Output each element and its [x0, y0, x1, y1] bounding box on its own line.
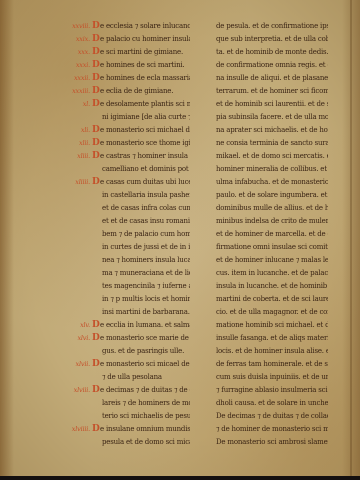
manuscript-line: de confirmatione omnia regis. et de for	[216, 59, 328, 72]
manuscript-line: xli.De monasterio sci michael de gimiane	[60, 124, 190, 137]
manuscript-line: que sub interpretia. et de ulla cober	[216, 33, 328, 46]
rubric-initial: D	[92, 124, 100, 137]
manuscript-line: hominer mineralia de collibus. et de	[216, 163, 328, 176]
line-text: locis. et de hominer insula alise. et	[216, 345, 328, 358]
manuscript-line: xxviii.De ecclesia ⁊ solare inlucanorate…	[60, 20, 190, 33]
line-text: in curtes de jussi et de in insu	[102, 241, 190, 254]
line-text: e homines de sci martini.	[100, 59, 184, 72]
line-text: mikael. et de domo sci mercatis. et de	[216, 150, 328, 163]
manuscript-line: camelliano et dominis pot insula	[60, 163, 190, 176]
manuscript-line: cio. et de ulla magagnor. et de confir	[216, 306, 328, 319]
rubric-numeral: xxviii.	[60, 20, 90, 33]
rubric-numeral: xxxi.	[60, 59, 90, 72]
line-text: e casas cum duitas ubi lucent	[100, 176, 190, 189]
rubric-numeral: xlv.	[60, 319, 90, 332]
manuscript-line: xlii.De monasterio sce thome igimiane	[60, 137, 190, 150]
line-text: nea ⁊ hominers insula lucane	[102, 254, 190, 267]
manuscript-line: lxi.De decimas ⁊ de duitas ⁊ de collacos	[216, 410, 328, 423]
manuscript-line: xxxiii.De eclia de de gimiane.	[60, 85, 190, 98]
line-text: tes magencinila ⁊ iuferne allie	[102, 280, 190, 293]
manuscript-line: de pesula. et de confirmatione ipsorum	[216, 20, 328, 33]
manuscript-line: lareis ⁊ de hominers de mont	[60, 397, 190, 410]
manuscript-line: ne consia terminia de sancto sura sci	[216, 137, 328, 150]
line-text: et de hominer de marcella. et de ecl	[216, 228, 328, 241]
manuscript-line: xliiii.De casas cum duitas ubi lucent	[60, 176, 190, 189]
line-text: de ferras tam hominerale. et de solare	[216, 358, 328, 371]
manuscript-line: cus. item in lucanche. et de palaceo ⁊	[216, 267, 328, 280]
manuscript-line: ulma infabucha. et de monasterio s	[216, 176, 328, 189]
line-text: cus. item in lucanche. et de palaceo ⁊	[216, 267, 328, 280]
manuscript-line: et et de casas insu romani iam	[60, 215, 190, 228]
line-text: de pesula. et de confirmatione ipsorum	[216, 20, 328, 33]
line-text: que sub interpretia. et de ulla cober	[216, 33, 328, 46]
line-text: e desolamente plantis sci marti	[100, 98, 190, 111]
line-text: camelliano et dominis pot insula	[102, 163, 190, 176]
manuscript-line: tes magencinila ⁊ iuferne allie	[60, 280, 190, 293]
manuscript-line: xxxii.De homines de ecla massaria igi	[60, 72, 190, 85]
line-text: e palacio cu hominer insula alvarat	[100, 33, 190, 46]
line-text: terrarum. et de hominer sci ficommi.	[216, 85, 328, 98]
manuscript-line: matione hominib sci michael. et de ecla	[216, 319, 328, 332]
manuscript-line: de ferras tam hominerale. et de solare	[216, 358, 328, 371]
manuscript-line: xlviiii.De insulane omnium mundis de	[60, 423, 190, 436]
line-text: pia subinsila facere. et de ulla mosp	[216, 111, 328, 124]
manuscript-line: pesula et de domo sci micadis	[60, 436, 190, 449]
line-text: de confirmatione omnia regis. et de for	[216, 59, 328, 72]
manuscript-line: nea ⁊ hominers insula lucane	[60, 254, 190, 267]
rubric-numeral: xlvi.	[60, 332, 90, 345]
line-text: cio. et de ulla magagnor. et de confir	[216, 306, 328, 319]
manuscript-line: insi martini de barbarana. Et de	[60, 306, 190, 319]
left-column: xxviii.De ecclesia ⁊ solare inlucanorate…	[60, 20, 190, 449]
manuscript-line: xlv.De ecclia in lumana. et salmas.	[60, 319, 190, 332]
line-text: dholi causa. et de solare in unchera.	[216, 397, 328, 410]
line-text: e ecclia in lumana. et salmas.	[100, 319, 190, 332]
rubric-numeral: xliii.	[60, 150, 90, 163]
manuscript-line: in ⁊ p multis locis et hominer	[60, 293, 190, 306]
manuscript-line: insulle fasanga. et de aliqs materia	[216, 332, 328, 345]
manuscript-page: xxviii.De ecclesia ⁊ solare inlucanorate…	[0, 0, 360, 476]
page-fold	[350, 0, 352, 476]
rubric-initial: D	[92, 72, 100, 85]
rubric-initial: D	[92, 423, 100, 436]
line-text: dominibus mulle de allius. et de hom	[216, 202, 328, 215]
rubric-initial: D	[92, 137, 100, 150]
line-text: e monasterio sci michael de gimiane	[100, 124, 190, 137]
line-text: ⁊ de ulla pesolana	[102, 371, 162, 384]
rubric-numeral: xlviiii.	[60, 423, 90, 436]
line-text: et de casas infra colas cum hom	[102, 202, 190, 215]
rubric-initial: D	[92, 319, 100, 332]
rubric-numeral: xliiii.	[60, 176, 90, 189]
line-text: cum suis duisla inpuiniis. et de unaca	[216, 371, 328, 384]
line-text: et de hominer inlucane ⁊ malas le	[216, 254, 328, 267]
manuscript-line: bem ⁊ de palacio cum homine	[60, 228, 190, 241]
rubric-initial: D	[92, 384, 100, 397]
line-text: ⁊ de hominer de monasterio sci michael	[216, 423, 328, 436]
rubric-initial: D	[92, 358, 100, 371]
rubric-initial: D	[92, 176, 100, 189]
manuscript-line: terrarum. et de hominer sci ficommi.	[216, 85, 328, 98]
line-text: insi martini de barbarana. Et de	[102, 306, 190, 319]
line-text: insula in lucanche. et de hominib sci	[216, 280, 328, 293]
rubric-initial: D	[92, 20, 100, 33]
line-text: e monasterio sci micael de pesula	[100, 358, 190, 371]
manuscript-line: gus. et de pasringis ulle.	[60, 345, 190, 358]
manuscript-line: xxx.De sci martini de gimiane.	[60, 46, 190, 59]
manuscript-line: lxii.De monasterio sci ambrosi slamen. e…	[216, 436, 328, 449]
line-text: insulle fasanga. et de aliqs materia	[216, 332, 328, 345]
manuscript-line: pia subinsila facere. et de ulla mosp	[216, 111, 328, 124]
rubric-numeral: xxxii.	[60, 72, 90, 85]
line-text: gus. et de pasringis ulle.	[102, 345, 184, 358]
rubric-initial: D	[92, 33, 100, 46]
line-text: e monasterio sce marie de pisca	[100, 332, 190, 345]
line-text: hominer mineralia de collibus. et de	[216, 163, 328, 176]
manuscript-line: et de hominer de marcella. et de ecl	[216, 228, 328, 241]
rubric-numeral: xxx.	[60, 46, 90, 59]
line-text: De monasterio sci ambrosi slamen. et de …	[216, 436, 328, 449]
rubric-numeral: xlviii.	[60, 384, 90, 397]
manuscript-line: xxix.De palacio cu hominer insula alvara…	[60, 33, 190, 46]
manuscript-line: insula in lucanche. et de hominib sci	[216, 280, 328, 293]
line-text: et et de casas insu romani iam	[102, 215, 190, 228]
manuscript-line: firmatione omni insulae sci comitis.	[216, 241, 328, 254]
manuscript-line: na insulle de aliqui. et de plasane i	[216, 72, 328, 85]
manuscript-line: paulo. et de solare ingumbera. et de sce	[216, 189, 328, 202]
line-text: e monasterio sce thome igimiane	[100, 137, 190, 150]
manuscript-line: dominibus mulle de allius. et de hom	[216, 202, 328, 215]
line-text: pesula et de domo sci micadis	[102, 436, 190, 449]
line-text: ma ⁊ muneraciana et de lida	[102, 267, 190, 280]
line-text: e eclia de de gimiane.	[100, 85, 173, 98]
line-text: ulma infabucha. et de monasterio s	[216, 176, 328, 189]
manuscript-line: locis. et de hominer insula alise. et	[216, 345, 328, 358]
rubric-initial: D	[92, 59, 100, 72]
manuscript-line: ⁊ de ulla pesolana	[60, 371, 190, 384]
manuscript-line: xlvii.De monasterio sci micael de pesula	[60, 358, 190, 371]
line-text: terio sci michaelis de pesulo.	[102, 410, 190, 423]
line-text: ni igimiane [de alia curte ⁊ mil]	[102, 111, 190, 124]
line-text: martini de coberta. et de sci lauren	[216, 293, 328, 306]
manuscript-line: xliii.De castras ⁊ hominer insula lu	[60, 150, 190, 163]
right-column: de pesula. et de confirmatione ipsorumqu…	[216, 20, 328, 449]
rubric-initial: D	[92, 332, 100, 345]
rubric-numeral: xl.	[60, 98, 90, 111]
line-text: bem ⁊ de palacio cum homine	[102, 228, 190, 241]
manuscript-line: et de hominer inlucane ⁊ malas le	[216, 254, 328, 267]
manuscript-line: xxxi.De homines de sci martini.	[60, 59, 190, 72]
manuscript-line: terio sci michaelis de pesulo.	[60, 410, 190, 423]
rubric-initial: D	[92, 150, 100, 163]
manuscript-line: in castellaria insula pashera.	[60, 189, 190, 202]
manuscript-line: ta. et de hominib de monte dedis. et	[216, 46, 328, 59]
line-text: ⁊ furragine ablasio insulmeria sci ou	[216, 384, 328, 397]
manuscript-line: xl.De desolamente plantis sci marti	[60, 98, 190, 111]
line-text: matione hominib sci michael. et de ecla	[216, 319, 328, 332]
manuscript-line: in curtes de jussi et de in insu	[60, 241, 190, 254]
manuscript-line: ⁊ de hominer de monasterio sci michael	[216, 423, 328, 436]
line-text: De decimas ⁊ de duitas ⁊ de collacos	[216, 410, 328, 423]
line-text: in castellaria insula pashera.	[102, 189, 190, 202]
manuscript-line: martini de coberta. et de sci lauren	[216, 293, 328, 306]
line-text: e sci martini de gimiane.	[100, 46, 183, 59]
line-text: firmatione omni insulae sci comitis.	[216, 241, 328, 254]
manuscript-line: et de casas infra colas cum hom	[60, 202, 190, 215]
line-text: lareis ⁊ de hominers de mont	[102, 397, 190, 410]
line-text: in ⁊ p multis locis et hominer	[102, 293, 190, 306]
line-text: ne consia terminia de sancto sura sci	[216, 137, 328, 150]
line-text: na aprater sci michaelis. et de homi	[216, 124, 328, 137]
line-text: paulo. et de solare ingumbera. et de sce	[216, 189, 328, 202]
line-text: e insulane omnium mundis de	[100, 423, 190, 436]
manuscript-line: ma ⁊ muneraciana et de lida	[60, 267, 190, 280]
rubric-numeral: xlvii.	[60, 358, 90, 371]
line-text: e decimas ⁊ de duitas ⁊ de col	[100, 384, 190, 397]
rubric-numeral: xlii.	[60, 137, 90, 150]
manuscript-line: xlviii.De decimas ⁊ de duitas ⁊ de col	[60, 384, 190, 397]
page-bottom-edge	[0, 476, 360, 480]
rubric-initial: D	[92, 46, 100, 59]
manuscript-line: xlvi.De monasterio sce marie de pisca	[60, 332, 190, 345]
line-text: e ecclesia ⁊ solare inlucanorate.	[100, 20, 190, 33]
rubric-numeral: xxxiii.	[60, 85, 90, 98]
manuscript-line: cum suis duisla inpuiniis. et de unaca	[216, 371, 328, 384]
rubric-initial: D	[92, 85, 100, 98]
manuscript-line: et de hominib sci laurentii. et de sci	[216, 98, 328, 111]
manuscript-line: ⁊ furragine ablasio insulmeria sci ou	[216, 384, 328, 397]
line-text: et de hominib sci laurentii. et de sci	[216, 98, 328, 111]
line-text: minibus indelsa de crito de mulera.	[216, 215, 328, 228]
line-text: e homines de ecla massaria igi	[100, 72, 190, 85]
manuscript-line: na aprater sci michaelis. et de homi	[216, 124, 328, 137]
rubric-numeral: xxix.	[60, 33, 90, 46]
rubric-initial: D	[92, 98, 100, 111]
manuscript-line: ni igimiane [de alia curte ⁊ mil]	[60, 111, 190, 124]
manuscript-line: mikael. et de domo sci mercatis. et de	[216, 150, 328, 163]
manuscript-line: minibus indelsa de crito de mulera.	[216, 215, 328, 228]
manuscript-line: dholi causa. et de solare in unchera.	[216, 397, 328, 410]
line-text: ta. et de hominib de monte dedis. et	[216, 46, 328, 59]
line-text: na insulle de aliqui. et de plasane i	[216, 72, 328, 85]
rubric-numeral: xli.	[60, 124, 90, 137]
line-text: e castras ⁊ hominer insula lu	[100, 150, 190, 163]
